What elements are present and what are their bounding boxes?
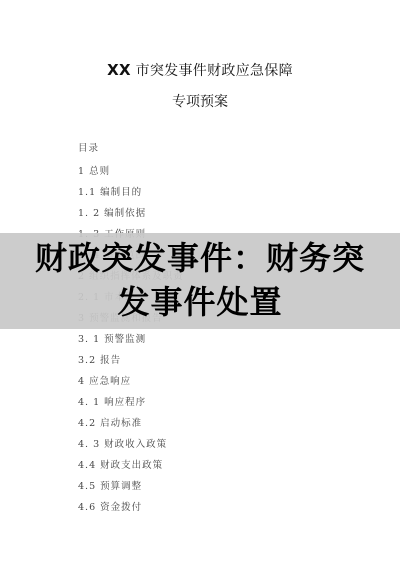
toc-item[interactable]: 1. 2 编制依据 xyxy=(78,205,146,219)
toc-item[interactable]: 4. 3 财政收入政策 xyxy=(78,436,167,450)
title-prefix: XX xyxy=(107,61,131,79)
toc-item[interactable]: 3. 1 预警监测 xyxy=(78,331,146,345)
document-subtitle: 专项预案 xyxy=(0,91,400,111)
toc-item[interactable]: 4.2 启动标准 xyxy=(78,415,142,429)
toc-item[interactable]: 4. 1 响应程序 xyxy=(78,394,146,408)
document-title: XX 市突发事件财政应急保障 xyxy=(0,60,400,80)
toc-item[interactable]: 4.5 预算调整 xyxy=(78,478,142,492)
toc-item[interactable]: 3.2 报告 xyxy=(78,352,121,366)
toc-item[interactable]: 4.6 资金拨付 xyxy=(78,499,142,513)
toc-item[interactable]: 目录 xyxy=(78,140,99,154)
title-text: 市突发事件财政应急保障 xyxy=(131,63,293,79)
toc-item[interactable]: 4.4 财政支出政策 xyxy=(78,457,163,471)
toc-item[interactable]: 1 总则 xyxy=(78,163,110,177)
toc-item[interactable]: 1.1 编制目的 xyxy=(78,184,142,198)
headline-overlay: 财政突发事件：财务突 发事件处置 xyxy=(0,236,400,324)
toc-item[interactable]: 4 应急响应 xyxy=(78,373,131,387)
headline-line-1: 财政突发事件：财务突 xyxy=(0,236,400,280)
headline-line-2: 发事件处置 xyxy=(0,280,400,324)
